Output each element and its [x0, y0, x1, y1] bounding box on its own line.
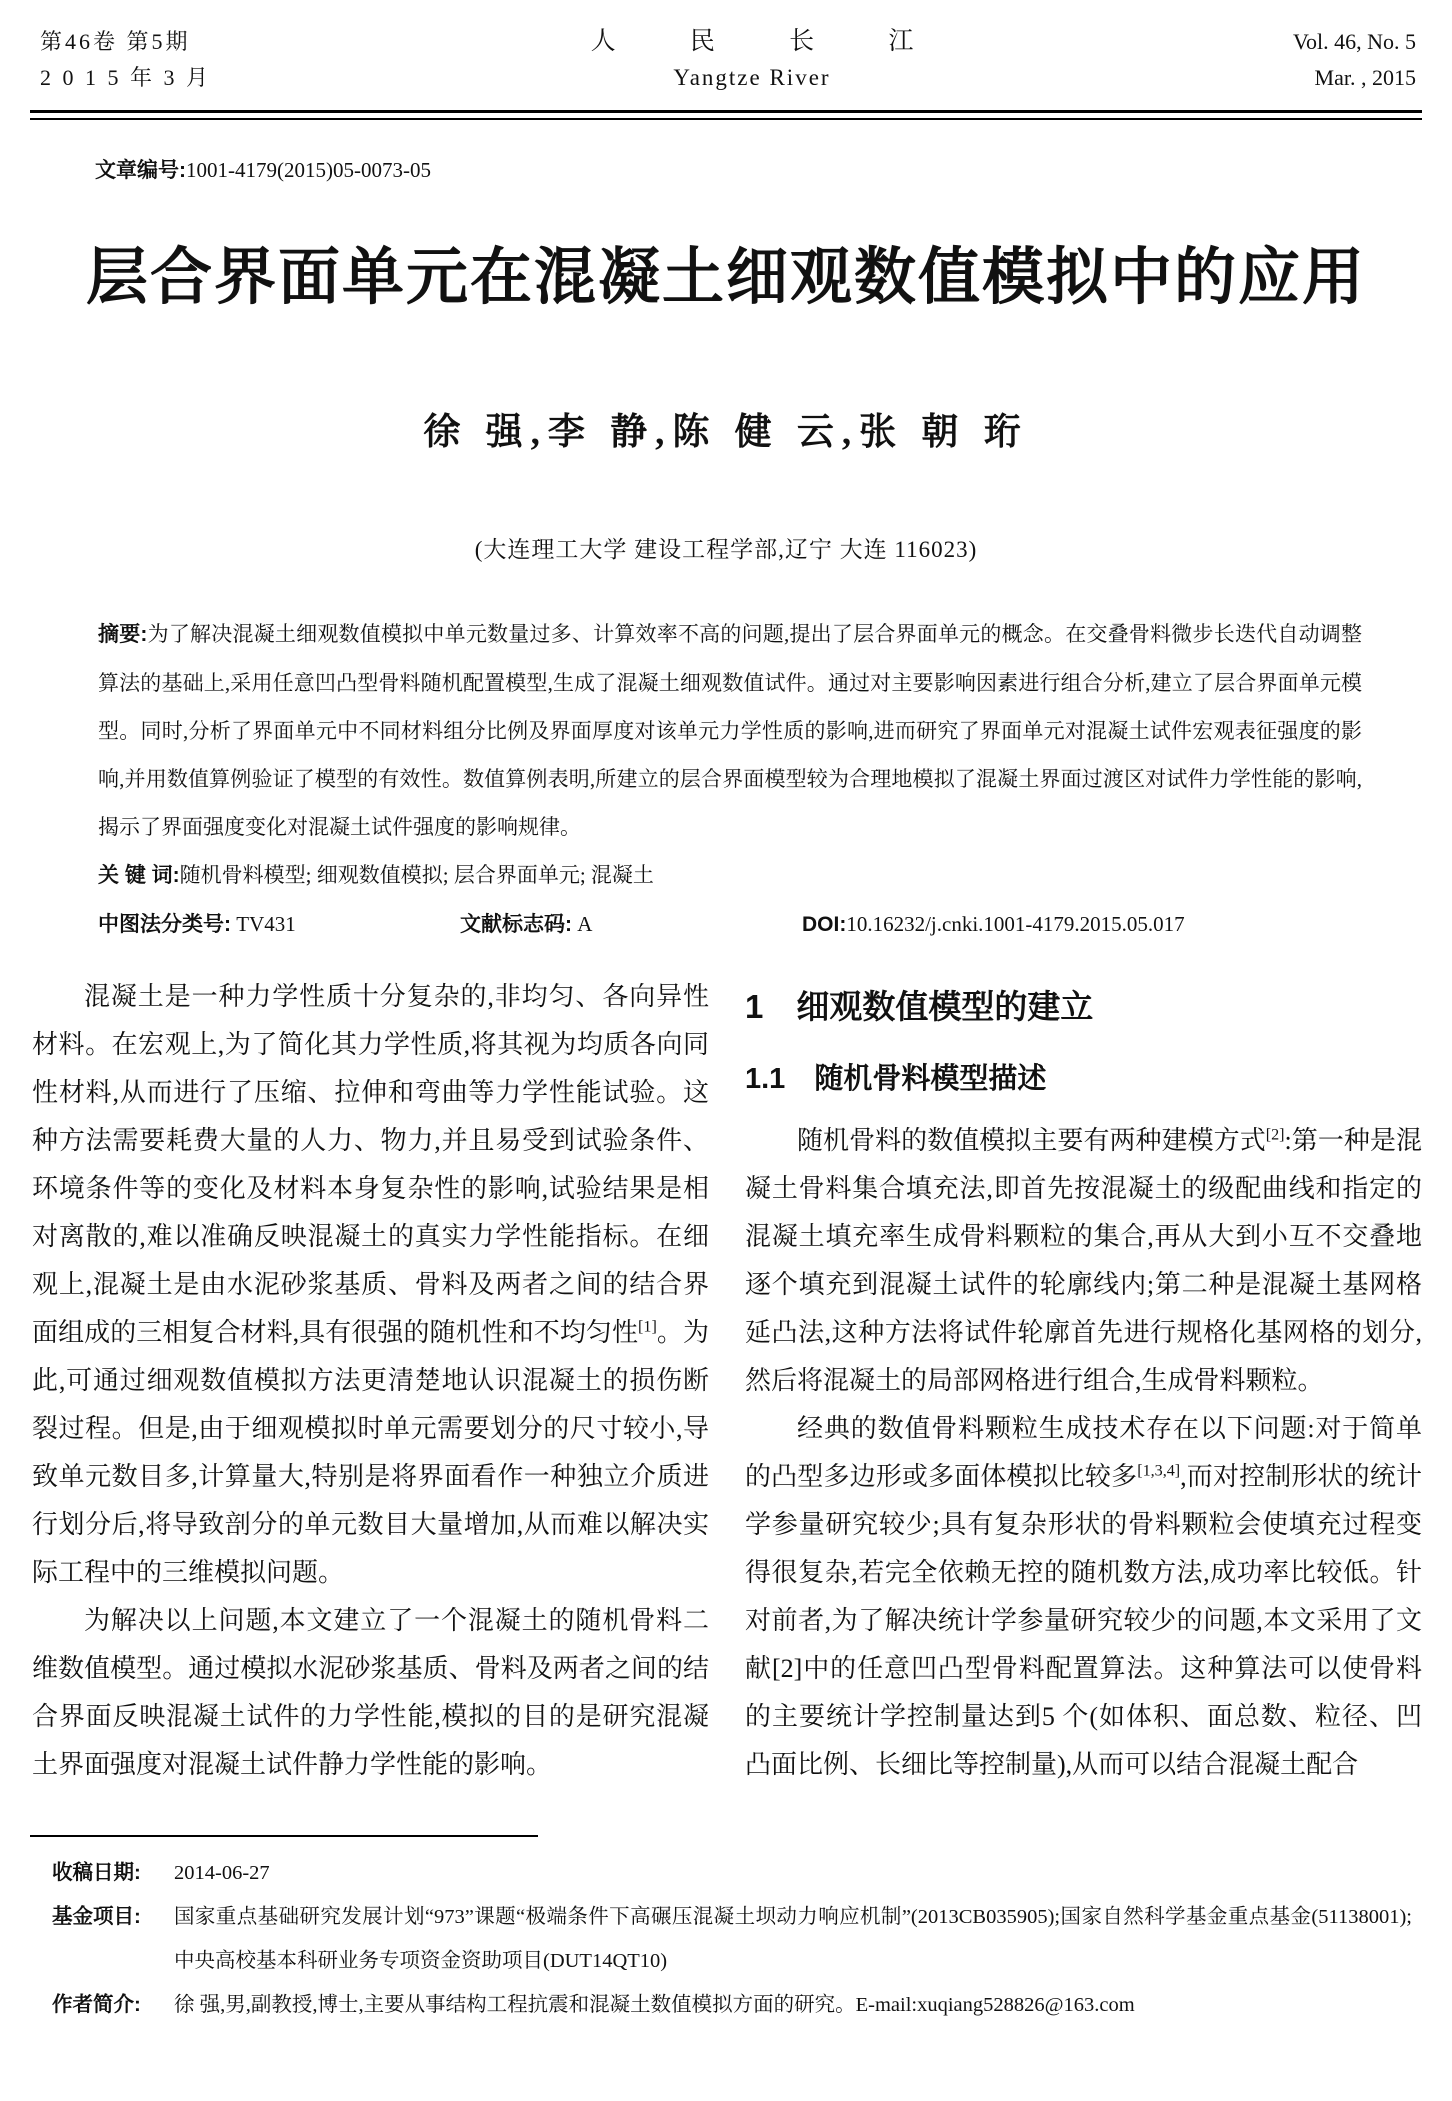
- body-paragraph: 随机骨料的数值模拟主要有两种建模方式[2]:第一种是混凝土骨料集合填充法,即首先…: [745, 1117, 1422, 1405]
- section-heading: 1.1 随机骨料模型描述: [745, 1061, 1422, 1097]
- body-columns: 混凝土是一种力学性质十分复杂的,非均匀、各向异性材料。在宏观上,为了简化其力学性…: [32, 973, 1422, 1829]
- volume-issue-cn: 第46卷 第5期: [40, 24, 211, 60]
- citation-superscript: [1,3,4]: [1137, 1462, 1180, 1479]
- classification-line: 中图法分类号: TV431 文献标志码: A DOI:10.16232/j.cn…: [98, 900, 1362, 949]
- footnote-line: 基金项目:国家重点基础研究发展计划“973”课题“极端条件下高碾压混凝土坝动力响…: [52, 1895, 1412, 1983]
- keywords-text: 随机骨料模型; 细观数值模拟; 层合界面单元; 混凝土: [180, 863, 654, 887]
- body-paragraph: 混凝土是一种力学性质十分复杂的,非均匀、各向异性材料。在宏观上,为了简化其力学性…: [32, 973, 709, 1597]
- clc-item: 中图法分类号: TV431: [98, 900, 460, 949]
- journal-name-block: 人 民 长 江 Yangtze River: [557, 24, 948, 96]
- footnote-line: 作者简介:徐 强,男,副教授,博士,主要从事结构工程抗震和混凝土数值模拟方面的研…: [52, 1983, 1412, 2027]
- abstract-block: 摘要:为了解决混凝土细观数值模拟中单元数量过多、计算效率不高的问题,提出了层合界…: [98, 610, 1362, 949]
- article-number-line: 文章编号:1001-4179(2015)05-0073-05: [95, 154, 1452, 184]
- volume-issue-block: 第46卷 第5期 2 0 1 5 年 3 月: [40, 24, 211, 96]
- footnote-text: 徐 强,男,副教授,博士,主要从事结构工程抗震和混凝土数值模拟方面的研究。E-m…: [174, 1994, 1135, 2016]
- footnote-divider: [30, 1835, 538, 1837]
- article-number-value: 1001-4179(2015)05-0073-05: [186, 158, 431, 182]
- section-heading: 1 细观数值模型的建立: [745, 987, 1422, 1027]
- abstract-label: 摘要:: [98, 623, 147, 646]
- footnote-text: 国家重点基础研究发展计划“973”课题“极端条件下高碾压混凝土坝动力响应机制”(…: [174, 1906, 1412, 1972]
- left-column: 混凝土是一种力学性质十分复杂的,非均匀、各向异性材料。在宏观上,为了简化其力学性…: [32, 973, 709, 1829]
- journal-page: 第46卷 第5期 2 0 1 5 年 3 月 人 民 长 江 Yangtze R…: [0, 0, 1452, 2101]
- author-names: 徐 强,李 静,陈 健 云,张 朝 珩: [0, 401, 1452, 455]
- volume-issue-en-block: Vol. 46, No. 5 Mar. , 2015: [1293, 24, 1416, 96]
- paragraph-text: :第一种是混凝土骨料集合填充法,即首先按混凝土的级配曲线和指定的混凝土填充率生成…: [745, 1126, 1422, 1395]
- citation-superscript: [1]: [638, 1319, 657, 1336]
- masthead-divider: [30, 110, 1422, 120]
- doc-code-item: 文献标志码: A: [460, 900, 802, 949]
- doc-code-label: 文献标志码:: [460, 913, 572, 936]
- article-title: 层合界面单元在混凝土细观数值模拟中的应用: [40, 242, 1412, 313]
- date-cn: 2 0 1 5 年 3 月: [40, 60, 211, 96]
- body-paragraph: 经典的数值骨料颗粒生成技术存在以下问题:对于简单的凸型多边形或多面体模拟比较多[…: [745, 1405, 1422, 1789]
- body-paragraph: 为解决以上问题,本文建立了一个混凝土的随机骨料二维数值模型。通过模拟水泥砂浆基质…: [32, 1597, 709, 1789]
- author-affiliation: (大连理工大学 建设工程学部,辽宁 大连 116023): [0, 531, 1452, 564]
- paragraph-text: 为解决以上问题,本文建立了一个混凝土的随机骨料二维数值模型。通过模拟水泥砂浆基质…: [32, 1606, 709, 1779]
- keywords-label: 关 键 词:: [98, 864, 180, 887]
- paragraph-text: ,而对控制形状的统计学参量研究较少;具有复杂形状的骨料颗粒会使填充过程变得很复杂…: [745, 1462, 1422, 1779]
- article-number-label: 文章编号:: [95, 159, 186, 182]
- keywords-line: 关 键 词:随机骨料模型; 细观数值模拟; 层合界面单元; 混凝土: [98, 851, 1362, 900]
- footnote-line: 收稿日期:2014-06-27: [52, 1851, 1412, 1895]
- citation-superscript: [2]: [1266, 1126, 1285, 1143]
- footnote-block: 收稿日期:2014-06-27基金项目:国家重点基础研究发展计划“973”课题“…: [52, 1851, 1412, 2027]
- doi-value: 10.16232/j.cnki.1001-4179.2015.05.017: [846, 912, 1184, 936]
- clc-label: 中图法分类号:: [98, 913, 231, 936]
- journal-name-cn: 人 民 长 江: [557, 24, 948, 60]
- date-en: Mar. , 2015: [1293, 60, 1416, 96]
- paragraph-text: 随机骨料的数值模拟主要有两种建模方式: [797, 1126, 1266, 1155]
- doi-label: DOI:: [802, 913, 846, 936]
- clc-value: TV431: [236, 912, 296, 936]
- doc-code-value: A: [577, 912, 592, 936]
- abstract-paragraph: 摘要:为了解决混凝土细观数值模拟中单元数量过多、计算效率不高的问题,提出了层合界…: [98, 610, 1362, 851]
- footnote-label: 收稿日期:: [52, 1851, 141, 1895]
- paragraph-text: 混凝土是一种力学性质十分复杂的,非均匀、各向异性材料。在宏观上,为了简化其力学性…: [32, 982, 709, 1347]
- paragraph-text: 。为此,可通过细观数值模拟方法更清楚地认识混凝土的损伤断裂过程。但是,由于细观模…: [32, 1318, 709, 1587]
- footnote-text: 2014-06-27: [174, 1862, 270, 1884]
- journal-masthead: 第46卷 第5期 2 0 1 5 年 3 月 人 民 长 江 Yangtze R…: [0, 0, 1452, 102]
- abstract-text: 为了解决混凝土细观数值模拟中单元数量过多、计算效率不高的问题,提出了层合界面单元…: [98, 622, 1362, 839]
- footnote-label: 基金项目:: [52, 1895, 141, 1939]
- footnote-label: 作者简介:: [52, 1983, 141, 2027]
- doi-item: DOI:10.16232/j.cnki.1001-4179.2015.05.01…: [802, 900, 1185, 949]
- journal-name-en: Yangtze River: [557, 60, 948, 96]
- volume-en: Vol. 46, No. 5: [1293, 24, 1416, 60]
- right-column: 1 细观数值模型的建立1.1 随机骨料模型描述随机骨料的数值模拟主要有两种建模方…: [745, 973, 1422, 1829]
